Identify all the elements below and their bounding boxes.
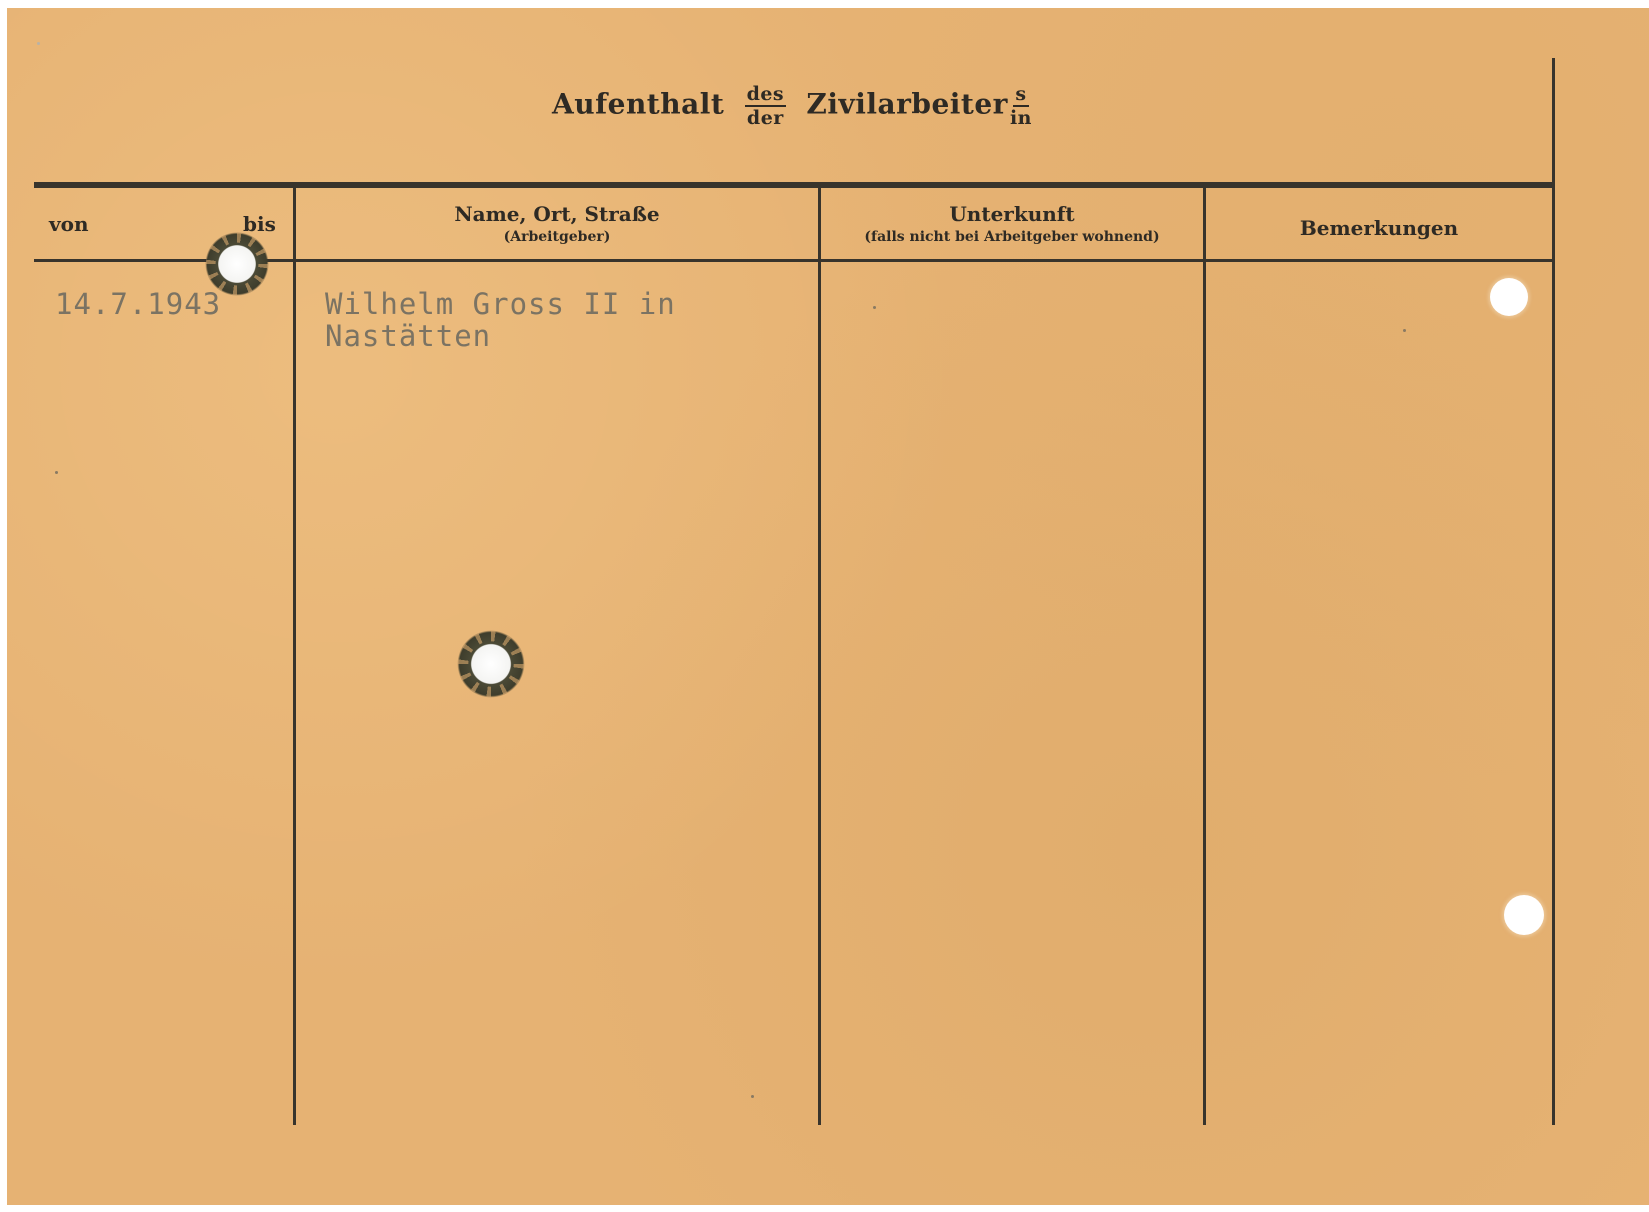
header-von: von	[49, 212, 89, 236]
title-article-bottom: der	[747, 107, 784, 128]
table-right-border	[1552, 58, 1555, 1125]
punch-hole-top	[1490, 278, 1528, 316]
header-unterkunft: Unterkunft (falls nicht bei Arbeitgeber …	[821, 202, 1203, 245]
header-bemerkungen: Bemerkungen	[1206, 216, 1552, 240]
title-suffix-fraction: s in	[1010, 84, 1032, 128]
entry-von-date: 14.7.1943	[55, 288, 221, 320]
title-noun: Zivilarbeiter	[806, 88, 1008, 121]
title-prefix: Aufenthalt	[552, 88, 724, 121]
title-article-top: des	[745, 84, 787, 107]
table-top-rule	[34, 182, 1554, 188]
eyelet-center	[455, 628, 527, 700]
title-suffix-bottom: in	[1010, 107, 1032, 128]
title-article-fraction: des der	[745, 84, 787, 128]
paper-speck	[1403, 329, 1406, 332]
title-suffix-top: s	[1013, 84, 1028, 107]
paper-speck	[751, 1095, 754, 1098]
paper-speck	[55, 471, 58, 474]
paper-speck	[873, 306, 876, 309]
column-divider-2	[818, 186, 821, 1125]
entry-employer-line2: Nastätten	[325, 320, 491, 352]
record-card: Aufenthalt des der Zivilarbeiter s in vo…	[7, 8, 1649, 1205]
column-divider-1	[293, 186, 296, 1125]
paper-speck	[37, 42, 40, 45]
page-title: Aufenthalt des der Zivilarbeiter s in	[7, 84, 1587, 128]
punch-hole-bottom	[1504, 895, 1544, 935]
column-divider-3	[1203, 186, 1206, 1125]
eyelet-header	[203, 230, 271, 298]
header-name-ort-strasse: Name, Ort, Straße (Arbeitgeber)	[296, 202, 818, 245]
entry-employer-line1: Wilhelm Gross II in	[325, 288, 676, 320]
